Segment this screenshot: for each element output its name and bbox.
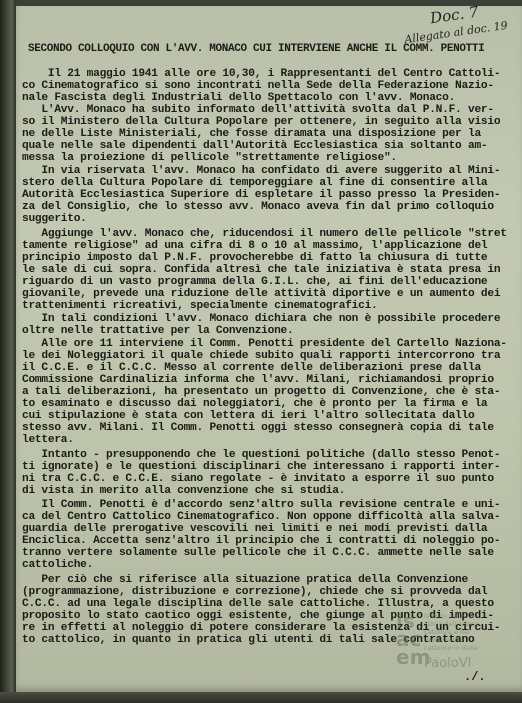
document-line: za del Consiglio, che lo stesso avv. Mon… (22, 201, 494, 214)
archive-watermark: isacem istituto per la storia dell'azion… (396, 612, 486, 674)
document-line: di vista in merito alla convenzione che … (22, 485, 345, 498)
document-line: lettera. (22, 434, 74, 447)
document-line: cattoliche. (22, 559, 93, 572)
document-line: oltre nelle trattative per la Convenzion… (22, 325, 293, 338)
watermark-text: istituto per la storia dell'azione catto… (424, 612, 486, 652)
document-title: SECONDO COLLOQUIO CON L'AVV. MONACO CUI … (28, 43, 484, 56)
document-line: trattenimenti ricreativi, specialmente c… (22, 300, 378, 313)
book-binding-edge (0, 0, 16, 703)
watermark-name: PaoloVI (424, 656, 471, 671)
end-mark: ./. (464, 670, 486, 684)
document-line: messa la proiezione di pellicole "strett… (22, 152, 397, 165)
document-line: suggerito. (22, 213, 87, 226)
document-line: stesso avv. Milani. Il Comm. Penotti ogg… (22, 422, 494, 435)
scan-bottom-edge (0, 692, 522, 703)
watermark-logo: isacem (396, 612, 422, 672)
